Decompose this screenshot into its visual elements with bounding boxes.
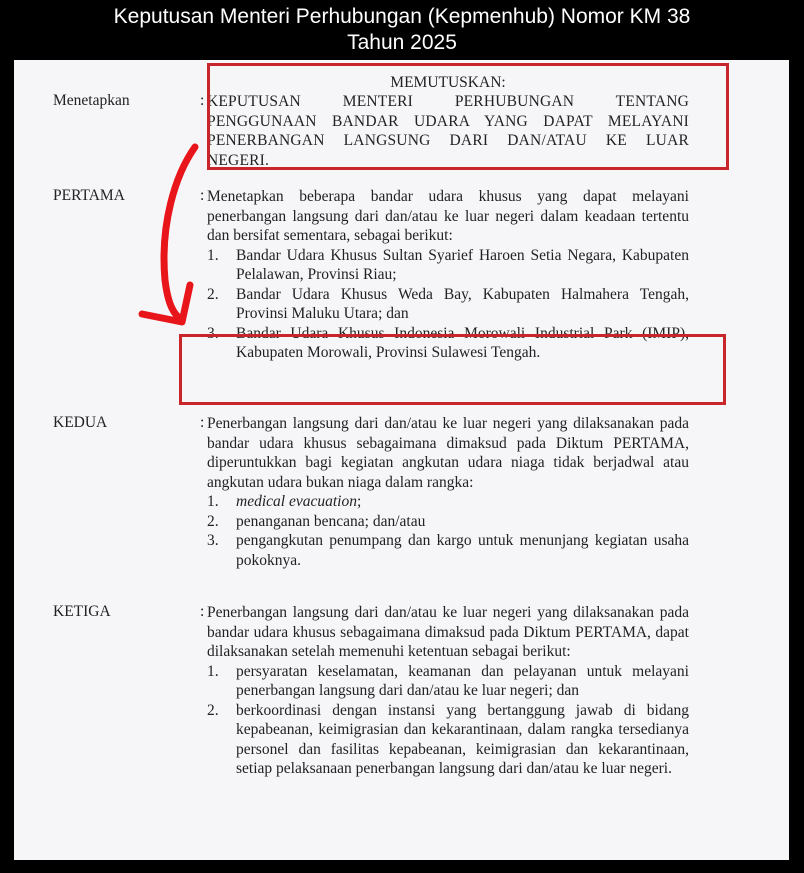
kedua-list: 1.medical evacuation; 2.penanganan benca… [207,492,689,570]
item-number: 2. [207,512,219,532]
list-item: 1.persyaratan keselamatan, keamanan dan … [207,662,689,701]
label-menetapkan: Menetapkan [53,92,130,110]
list-item: 1.Bandar Udara Khusus Sultan Syarief Har… [207,246,689,285]
label-kedua: KEDUA [53,414,107,432]
item-text: persyaratan keselamatan, keamanan dan pe… [236,663,689,700]
label-ketiga: KETIGA [53,603,111,621]
item-number: 1. [207,492,219,512]
list-item: 2.penanganan bencana; dan/atau [207,512,689,532]
colon: : [200,187,204,205]
kedua-text: Penerbangan langsung dari dan/atau ke lu… [207,414,689,570]
item-number: 2. [207,285,219,305]
title-line-2: Tahun 2025 [0,30,804,56]
item-suffix: ; [357,493,361,510]
colon: : [200,603,204,621]
item-text: pengangkutan penumpang dan kargo untuk m… [236,532,689,569]
list-item: 1.medical evacuation; [207,492,689,512]
ketiga-list: 1.persyaratan keselamatan, keamanan dan … [207,662,689,779]
item-text: penanganan bencana; dan/atau [236,513,425,530]
kedua-intro: Penerbangan langsung dari dan/atau ke lu… [207,414,689,492]
colon: : [200,414,204,432]
item-number: 1. [207,246,219,266]
list-item: 2.berkoordinasi dengan instansi yang ber… [207,701,689,779]
list-item: 3.pengangkutan penumpang dan kargo untuk… [207,531,689,570]
highlight-box-menetapkan [207,63,729,170]
label-pertama: PERTAMA [53,187,125,205]
pertama-intro: Menetapkan beberapa bandar udara khusus … [207,187,689,246]
item-number: 2. [207,701,219,721]
title-line-1: Keputusan Menteri Perhubungan (Kepmenhub… [0,4,804,30]
item-text: berkoordinasi dengan instansi yang berta… [236,702,689,778]
item-text: medical evacuation [236,493,357,510]
item-text: Bandar Udara Khusus Weda Bay, Kabupaten … [236,286,689,323]
item-text: Bandar Udara Khusus Sultan Syarief Haroe… [236,247,689,284]
list-item: 2.Bandar Udara Khusus Weda Bay, Kabupate… [207,285,689,324]
ketiga-intro: Penerbangan langsung dari dan/atau ke lu… [207,603,689,662]
page-title: Keputusan Menteri Perhubungan (Kepmenhub… [0,4,804,56]
item-number: 1. [207,662,219,682]
highlight-box-imip [179,334,726,405]
colon: : [200,92,204,110]
item-number: 3. [207,531,219,551]
ketiga-text: Penerbangan langsung dari dan/atau ke lu… [207,603,689,779]
